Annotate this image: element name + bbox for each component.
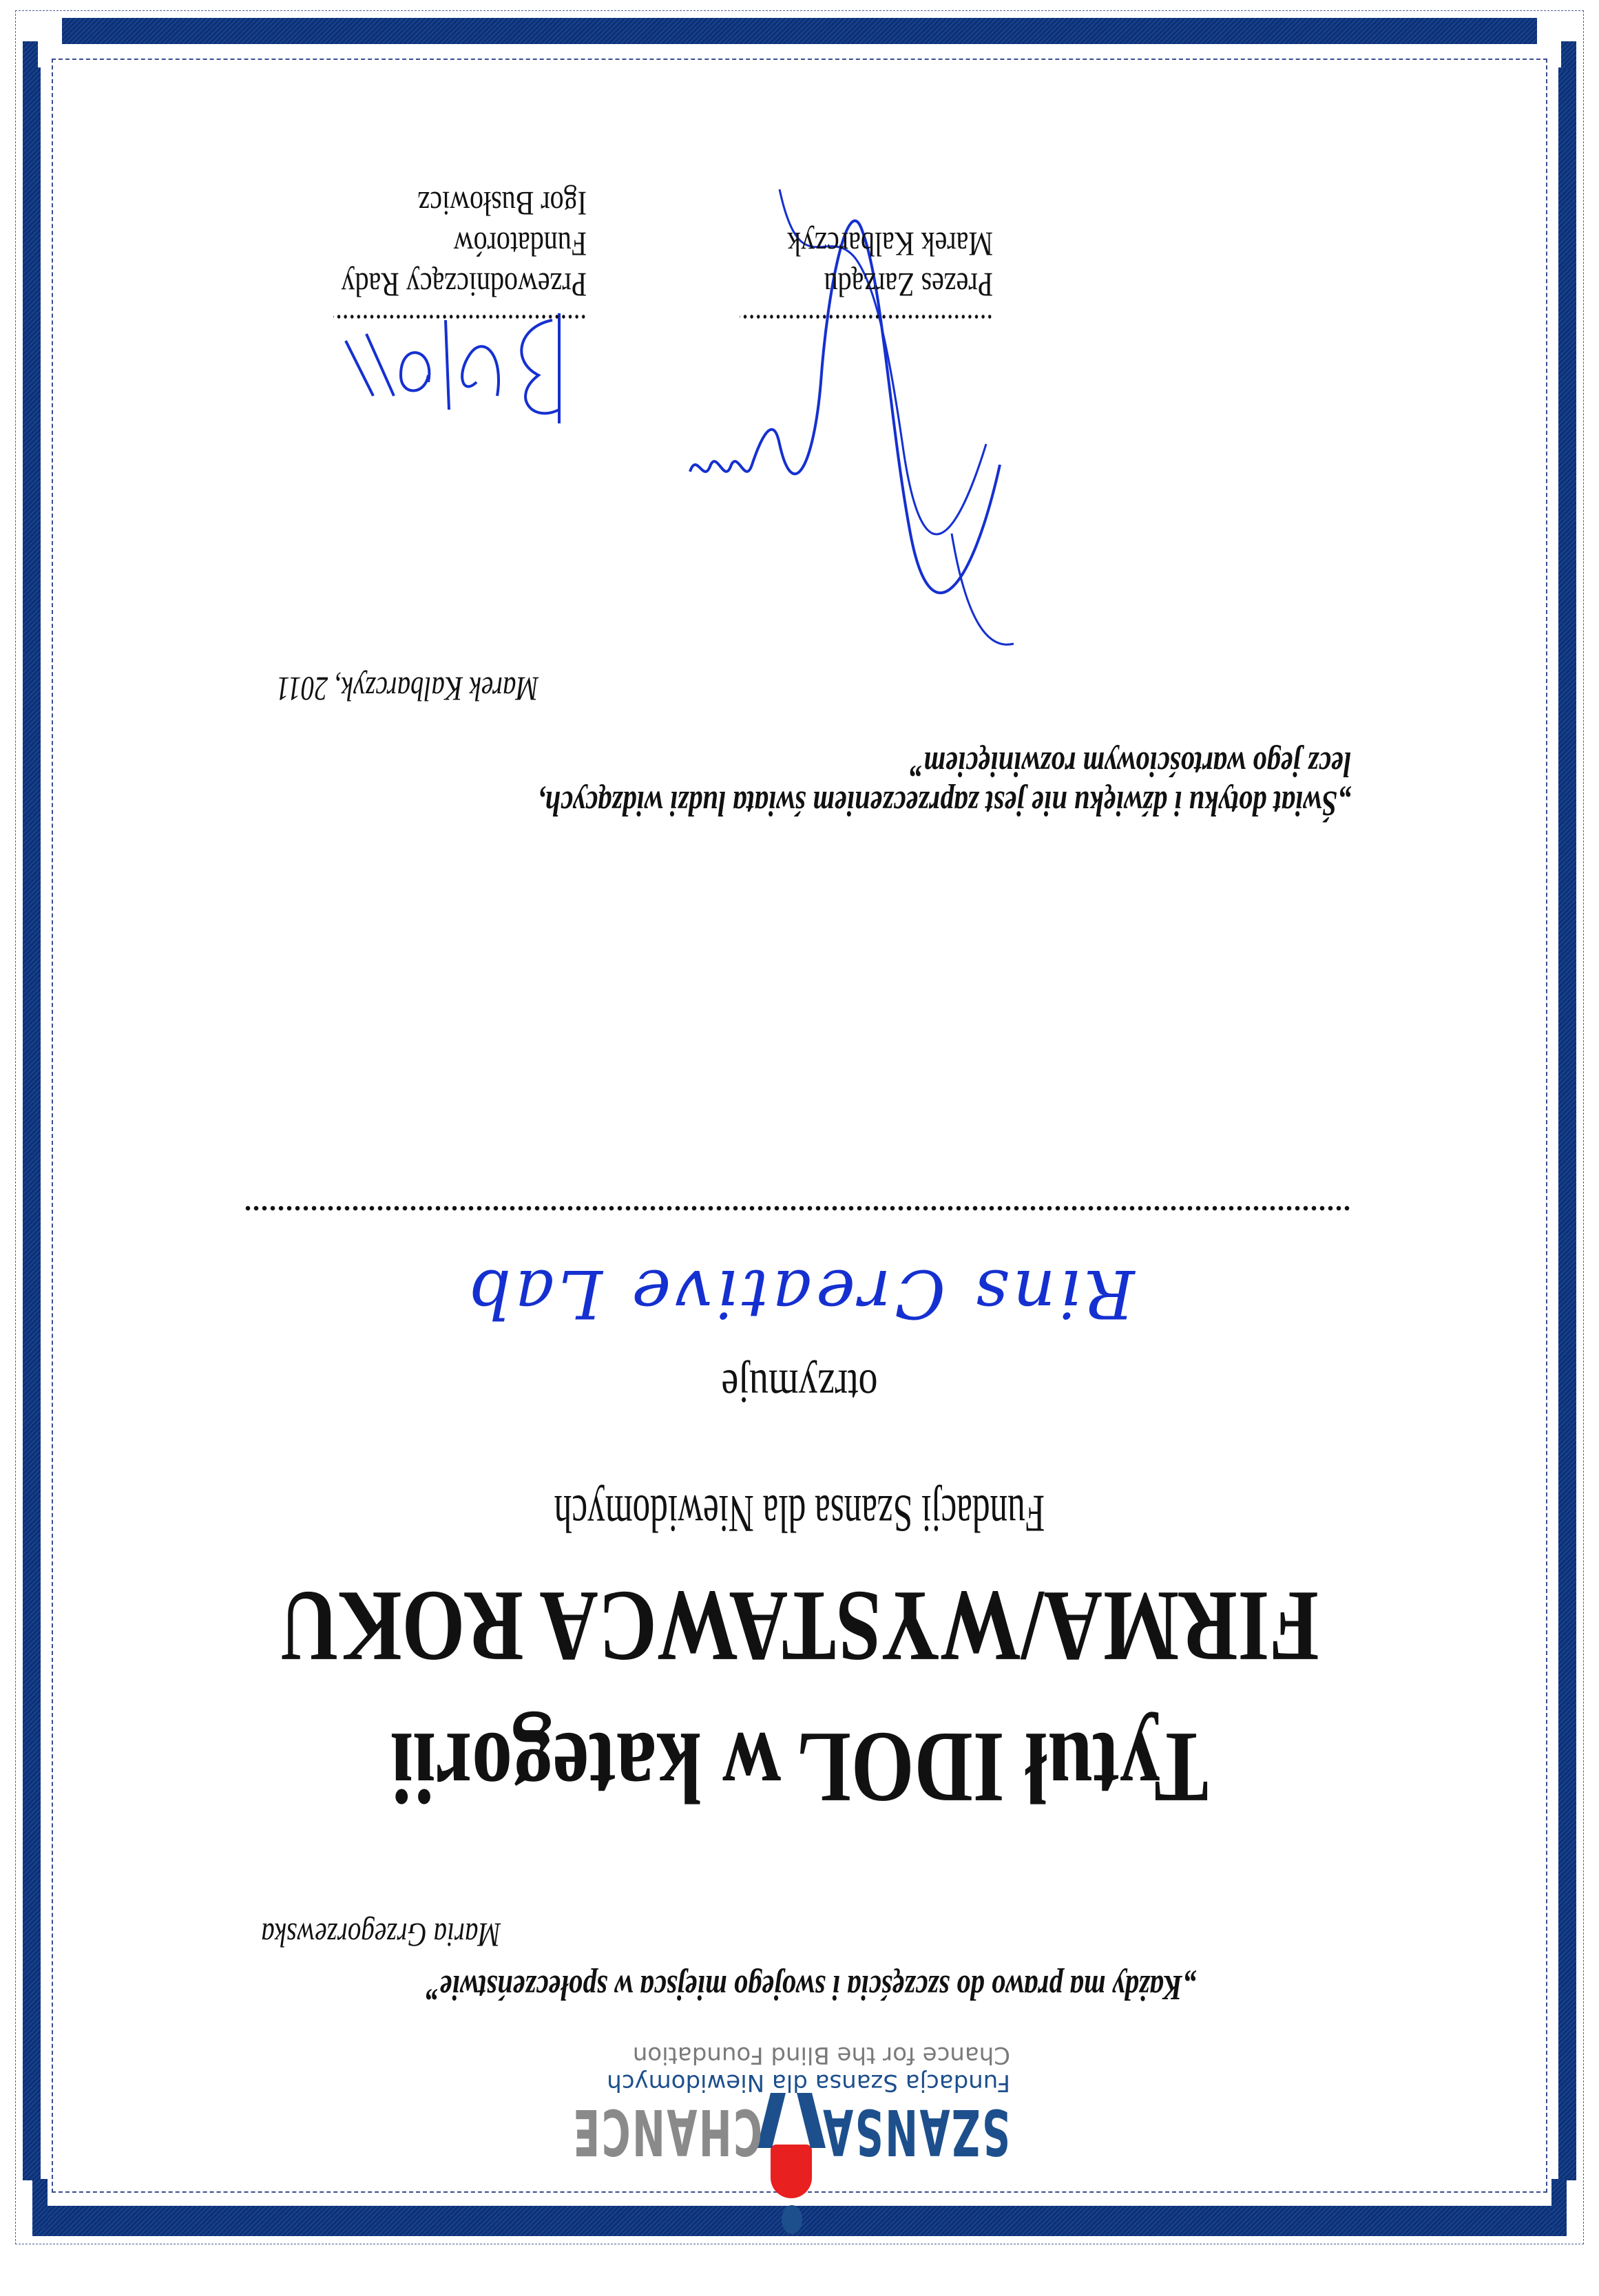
signature-role-line-2: Fundatorów [333,224,587,264]
title-line-1: Tytuł IDOL w kategorii [0,1709,1599,1826]
frame-corner [1561,41,1576,70]
logo-word-szansa: SZANSA [822,2095,1010,2169]
foundation-name: Fundacji Szansa dla Niewidomych [160,1483,1439,1544]
logo-subtitle-pl: Fundacja Szansa dla Niewidomych [607,2069,1010,2096]
signature-buslowicz [339,299,573,437]
quote-top-author: Maria Grzegorzewska [261,1915,501,1955]
frame-corner [23,41,38,70]
frame-corner [1551,2179,1567,2227]
quote-bottom-author: Marek Kalbarczyk, 2011 [276,669,539,709]
certificate-page: SZANSA CHANCE Fundacja Szansa dla Niewid… [0,0,1599,2296]
quote-bottom-line-2: lecz jego wartościowym rozwinięciem” [538,744,1351,783]
signature-block-council-chair: Przewodniczący Rady Fundatorów Igor Busł… [270,183,587,320]
title-category: FIRMA/WYSTAWCA ROKU [0,1568,1599,1685]
recipient-handwritten-name: Rins Creative Lab [0,1255,1599,1332]
signature-dotted-line [333,313,587,320]
signature-role-line-1: Przewodniczący Rady [333,264,587,305]
signature-role: Prezes Zarządu [740,264,993,305]
frame-corner [32,2179,48,2227]
quote-bottom: „Świat dotyku i dźwięku nie jest zaprzec… [538,744,1351,823]
receives-label: otrzymuje [0,1358,1599,1413]
frame-bar-left [1558,67,1576,2180]
foundation-logo: SZANSA CHANCE Fundacja Szansa dla Niewid… [542,2055,1038,2234]
recipient-dotted-line [242,1205,1351,1212]
signature-block-president: Prezes Zarządu Marek Kalbarczyk [676,224,993,320]
logo-word-chance: CHANCE [572,2095,762,2169]
person-heart-icon [764,2089,819,2234]
frame-bar-right [23,67,41,2180]
signature-name: Marek Kalbarczyk [740,224,993,264]
signature-dotted-line [740,313,993,320]
logo-subtitle-en: Chance for the Blind Foundation [633,2041,1010,2069]
quote-top: „Każdy ma prawo do szczęścia i swojego m… [426,1968,1196,2007]
signature-name: Igor Busłowicz [333,183,587,224]
quote-bottom-line-1: „Świat dotyku i dźwięku nie jest zaprzec… [538,783,1351,823]
frame-bar-bottom [62,18,1537,44]
